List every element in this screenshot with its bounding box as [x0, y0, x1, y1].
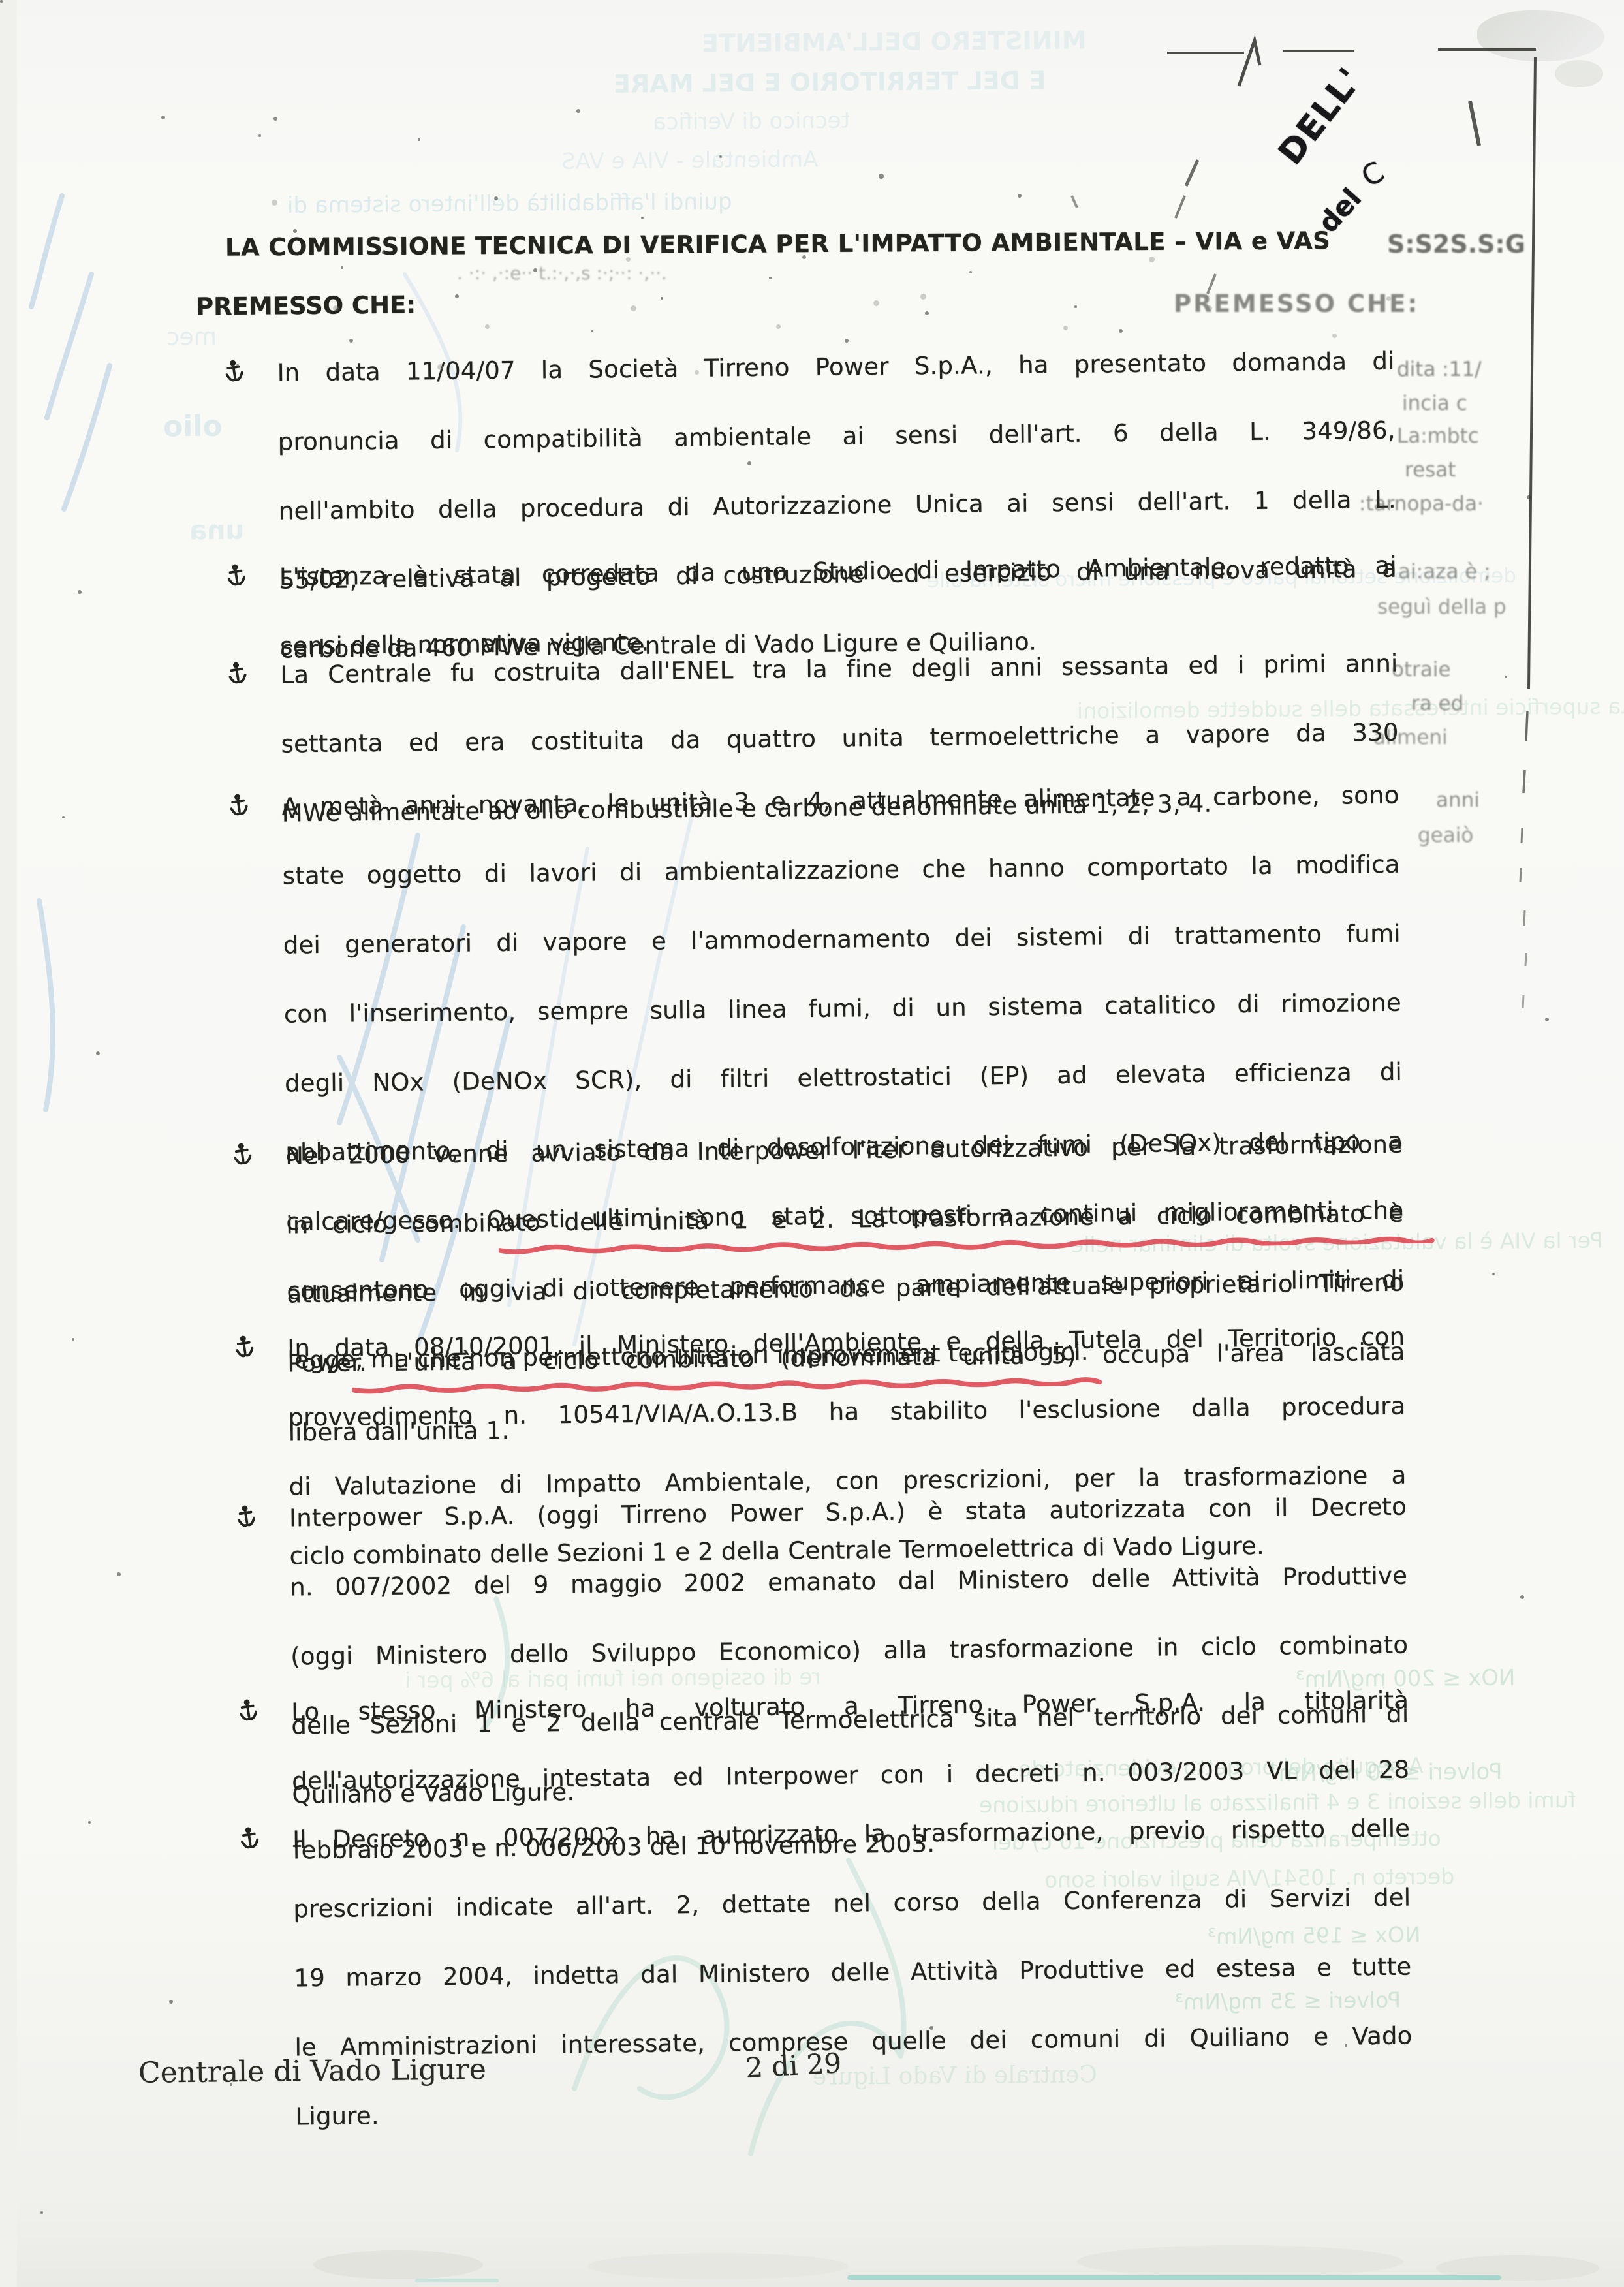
scanned-document-page: MINISTERO DELL'AMBIENTEE DEL TERRITORIO …	[0, 0, 1624, 2287]
line-text: L'istanza è stata corredata da uno Studi…	[279, 552, 1397, 591]
anchor-bullet-icon	[232, 1142, 253, 1167]
bullet-paragraph: A metà anni novanta, le unità 3 e 4, att…	[281, 779, 1402, 1102]
document-body: In data 11/04/07 la Società Tirreno Powe…	[273, 0, 1391, 1]
bleedthrough-text: MINISTERO DELL'AMBIENTE	[702, 25, 1087, 57]
ghost-print-fragment: ai:aza è ;	[1398, 560, 1491, 583]
bullet-paragraph: Nel 2000 venne avviato da Interpower l'i…	[285, 1128, 1405, 1313]
anchor-bullet-icon	[238, 1698, 258, 1723]
line-text: dei generatori di vapore e l'ammodername…	[283, 920, 1401, 959]
ghost-print-fragment: :tarnopa-da·	[1359, 492, 1484, 516]
ghost-print-fragment: dita :11/	[1397, 358, 1482, 381]
anchor-bullet-icon	[223, 359, 244, 384]
document-text-line: n. 007/2002 del 9 maggio 2002 emanato da…	[290, 1559, 1407, 1606]
document-text-line: attualmente in via di completamento da p…	[287, 1266, 1404, 1313]
stamp-text-c: C	[1356, 155, 1390, 194]
top-dash-mark	[1283, 50, 1354, 52]
line-text: A metà anni novanta, le unità 3 e 4, att…	[281, 781, 1399, 821]
document-text-line: In data 11/04/07 la Società Tirreno Powe…	[277, 345, 1394, 391]
line-text: pronuncia di compatibilità ambientale ai…	[278, 416, 1396, 456]
document-text-line: settanta ed era costituita da quattro un…	[281, 716, 1398, 762]
scan-left-edge-band	[0, 0, 17, 2287]
scan-corner-artifact-small	[1555, 60, 1603, 87]
line-text: settanta ed era costituita da quattro un…	[281, 719, 1398, 758]
stamp-text-dell: DELL'	[1271, 60, 1370, 172]
top-dash-mark	[1438, 48, 1536, 51]
line-text: state oggetto di lavori di ambientalizza…	[283, 850, 1400, 890]
bleedthrough-text: una	[189, 516, 244, 546]
line-text: In data 11/04/07 la Società Tirreno Powe…	[277, 347, 1394, 387]
document-text-line: (oggi Ministero dello Sviluppo Economico…	[290, 1628, 1408, 1675]
document-text-line: Ligure.	[295, 2089, 1413, 2135]
scan-teal-dash	[415, 2279, 499, 2282]
ghost-print-fragment: otraie	[1392, 658, 1451, 681]
bleedthrough-text: quindi l'affidabilità dell'intero sistem…	[287, 189, 732, 219]
section-heading: PREMESSO CHE:	[196, 291, 416, 321]
scan-noise-dots-light	[0, 0, 3, 3]
document-text-line: con l'inserimento, sempre sulla linea fu…	[284, 986, 1401, 1033]
line-text: In data 08/10/2001 il Ministero dell'Amb…	[287, 1323, 1405, 1363]
scan-teal-strip	[847, 2275, 1501, 2280]
bleedthrough-text: olio	[163, 410, 223, 444]
bullet-paragraph: L'istanza è stata corredata da uno Studi…	[279, 549, 1398, 630]
line-text: degli NOx (DeNOx SCR), di filtri elettro…	[285, 1058, 1402, 1098]
line-text: Il Decreto n. 007/2002 ha autorizzato la…	[292, 1814, 1410, 1854]
footer-page-number: 2 di 29	[745, 2047, 843, 2084]
top-dash-mark	[1167, 52, 1244, 54]
document-text-line: 19 marzo 2004, indetta dal Ministero del…	[294, 1950, 1411, 1997]
scan-bottom-blotch	[313, 2250, 483, 2279]
ghost-print-fragment: resat	[1405, 458, 1456, 482]
bleedthrough-text: Polveri ≤ 35 mg/Nm³	[1175, 1987, 1401, 2014]
document-text-line: In data 08/10/2001 il Ministero dell'Amb…	[287, 1320, 1405, 1367]
scan-corner-artifact	[1477, 10, 1604, 61]
line-text: provvedimento n. 10541/VIA/A.O.13.B ha s…	[288, 1392, 1405, 1432]
line-text: Lo stesso Ministero ha volturato a Tirre…	[291, 1687, 1409, 1726]
bullet-paragraph: Interpower S.p.A. (oggi Tirreno Power S.…	[289, 1490, 1409, 1675]
ghost-print-fragment: geaiò	[1418, 824, 1473, 847]
ghost-print-fragment: ra ed	[1411, 692, 1463, 715]
document-text-line: nell'ambito della procedura di Autorizza…	[279, 483, 1396, 529]
line-text: prescrizioni indicate all'art. 2, dettat…	[293, 1884, 1411, 1923]
anchor-bullet-icon	[226, 661, 247, 686]
bleedthrough-text: E DEL TERRITORIO E DEL MARE	[614, 66, 1046, 99]
document-text-line: degli NOx (DeNOx SCR), di filtri elettro…	[285, 1055, 1402, 1102]
scan-bottom-blotch	[587, 2253, 849, 2279]
ghost-print-fragment: . ·:· ,·:e·· t.:·,·,s :·;··: ·,··.	[457, 262, 667, 284]
document-text-line: L'istanza è stata corredata da uno Studi…	[279, 549, 1397, 595]
line-text: nell'ambito della procedura di Autorizza…	[279, 486, 1396, 525]
document-text-line: provvedimento n. 10541/VIA/A.O.13.B ha s…	[288, 1390, 1405, 1436]
document-text-line: Il Decreto n. 007/2002 ha autorizzato la…	[292, 1812, 1410, 1858]
document-text-line: dei generatori di vapore e l'ammodername…	[283, 917, 1401, 963]
bleedthrough-text: Centrale di Vado Ligure	[813, 2061, 1097, 2091]
line-text: con l'inserimento, sempre sulla linea fu…	[284, 989, 1401, 1029]
document-text-line: A metà anni novanta, le unità 3 e 4, att…	[281, 779, 1399, 825]
bullet-paragraph: Lo stesso Ministero ha volturato a Tirre…	[291, 1684, 1410, 1799]
scan-bottom-blotch	[1077, 2245, 1403, 2278]
ghost-print-fragment: anni	[1436, 788, 1480, 812]
ghost-print-fragment: seguì della p	[1377, 595, 1507, 619]
line-text: Ligure.	[295, 2102, 379, 2130]
anchor-bullet-icon	[228, 793, 249, 818]
document-text-line: pronuncia di compatibilità ambientale ai…	[278, 414, 1396, 460]
bullet-paragraph: La Centrale fu costruita dall'ENEL tra l…	[280, 647, 1399, 762]
ghost-print-fragment: alimeni	[1373, 726, 1448, 749]
bleedthrough-text: tecnico di Verifica	[653, 108, 850, 136]
line-text: in ciclo combinato delle unità 1 e 2. La…	[286, 1200, 1403, 1239]
anchor-bullet-icon	[236, 1504, 257, 1529]
document-text-line: state oggetto di lavori di ambientalizza…	[283, 848, 1400, 894]
ghost-print-fragment: S:S2S.S:G	[1387, 230, 1525, 258]
anchor-bullet-icon	[239, 1826, 260, 1851]
anchor-bullet-icon	[234, 1335, 255, 1360]
line-text: (oggi Ministero dello Sviluppo Economico…	[290, 1631, 1408, 1671]
anchor-bullet-icon	[226, 563, 247, 588]
document-title: LA COMMISSIONE TECNICA DI VERIFICA PER L…	[225, 226, 1426, 261]
ghost-print-fragment: La:mbtc	[1397, 424, 1479, 448]
bleedthrough-text: Ambientale - VIA e VAS	[561, 146, 819, 174]
bullet-paragraph: In data 08/10/2001 il Ministero dell'Amb…	[287, 1320, 1406, 1470]
ghost-print-fragment: incia c	[1402, 392, 1467, 415]
line-text: attualmente in via di completamento da p…	[287, 1269, 1404, 1309]
bullet-paragraph: Il Decreto n. 007/2002 ha autorizzato la…	[292, 1812, 1412, 1997]
document-text-line: in ciclo combinato delle unità 1 e 2. La…	[286, 1197, 1403, 1243]
document-text-line: Lo stesso Ministero ha volturato a Tirre…	[291, 1684, 1409, 1730]
bleedthrough-text: mec	[166, 324, 217, 351]
bullet-paragraph: In data 11/04/07 la Società Tirreno Powe…	[277, 345, 1396, 529]
document-text-line: prescrizioni indicate all'art. 2, dettat…	[293, 1881, 1411, 1927]
line-text: n. 007/2002 del 9 maggio 2002 emanato da…	[290, 1562, 1407, 1602]
footer-document-label: Centrale di Vado Ligure	[138, 2053, 486, 2090]
ghost-print-fragment: PREMESSO CHE:	[1174, 290, 1419, 318]
line-text: 19 marzo 2004, indetta dal Ministero del…	[294, 1953, 1411, 1993]
